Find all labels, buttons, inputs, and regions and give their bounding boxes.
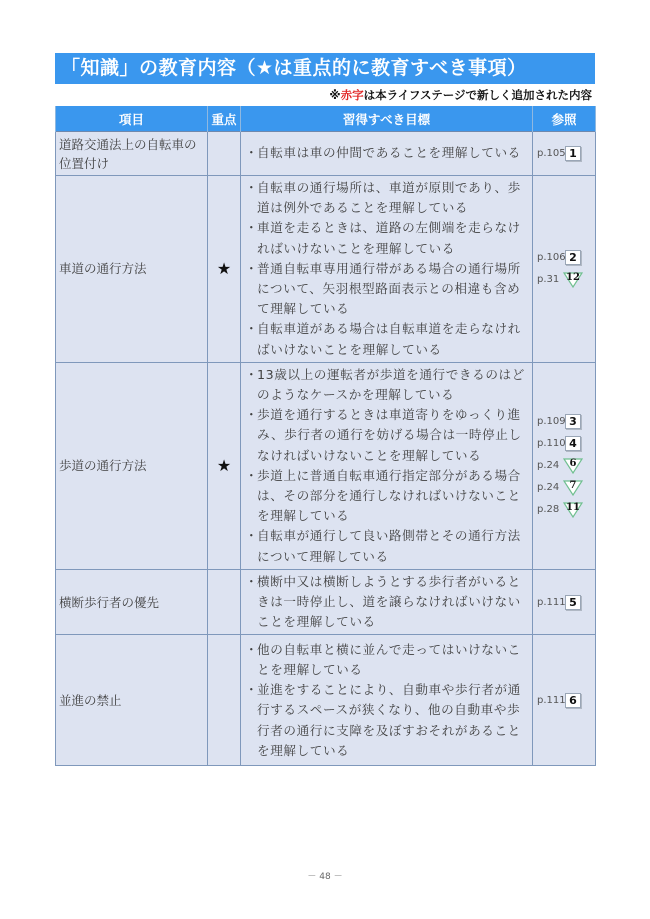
priority-star-icon: ★	[208, 362, 241, 569]
goal-item: ・車道を走るときは、道路の左側端を走らなければいけないことを理解している	[245, 218, 527, 258]
goal-item: ・自転車道がある場合は自転車道を走らなければいけないことを理解している	[245, 319, 527, 359]
goal-item: ・普通自転車専用通行帯がある場合の通行場所について、矢羽根型路面表示との相違も含…	[245, 259, 527, 320]
goal-cell: ・自転車の通行場所は、車道が原則であり、歩道は例外であることを理解している・車道…	[241, 176, 533, 363]
note-prefix: ※	[329, 88, 340, 102]
goal-text: 自転車は車の仲間であることを理解している	[257, 143, 527, 163]
goal-text: 歩道上に普通自転車通行指定部分がある場合は、その部分を通行しなければいけないこと…	[257, 466, 527, 527]
goal-item: ・自転車が通行して良い路側帯とその通行方法について理解している	[245, 526, 527, 566]
reference-link: p.246	[537, 455, 595, 477]
reference-link: p.247	[537, 477, 595, 499]
goal-item: ・横断中又は横断しようとする歩行者がいるときは一時停止し、道を譲らなければいけな…	[245, 572, 527, 633]
table-row: 道路交通法上の自転車の位置付け・自転車は車の仲間であることを理解しているp.10…	[56, 132, 596, 176]
header-priority: 重点	[208, 106, 241, 132]
reference-link: p.1093	[537, 411, 595, 433]
reference-page: p.111	[537, 695, 565, 706]
reference-page: p.111	[537, 597, 565, 608]
bullet-icon: ・	[245, 526, 257, 566]
reference-page: p.106	[537, 252, 565, 263]
header-item: 項目	[56, 106, 208, 132]
reference-page: p.24	[537, 482, 565, 493]
goal-text: 自転車道がある場合は自転車道を走らなければいけないことを理解している	[257, 319, 527, 359]
bullet-icon: ・	[245, 640, 257, 680]
reference-cell: p.1093p.1104p.246p.247p.2811	[533, 362, 596, 569]
table-header-row: 項目 重点 習得すべき目標 参照	[56, 106, 596, 132]
table-row: 横断歩行者の優先・横断中又は横断しようとする歩行者がいるときは一時停止し、道を譲…	[56, 569, 596, 635]
goal-item: ・歩道を通行するときは車道寄りをゆっくり進み、歩行者の通行を妨げる場合は一時停止…	[245, 405, 527, 466]
table-row: 並進の禁止・他の自転車と横に並んで走ってはいけないことを理解している・並進をする…	[56, 635, 596, 766]
header-goal: 習得すべき目標	[241, 106, 533, 132]
goal-cell: ・他の自転車と横に並んで走ってはいけないことを理解している・並進をすることにより…	[241, 635, 533, 766]
header-reference: 参照	[533, 106, 596, 132]
reference-cell: p.1116	[533, 635, 596, 766]
goal-cell: ・横断中又は横断しようとする歩行者がいるときは一時停止し、道を譲らなければいけな…	[241, 569, 533, 635]
goal-item: ・並進をすることにより、自動車や歩行者が通行するスペースが狭くなり、他の自動車や…	[245, 680, 527, 761]
reference-link: p.1104	[537, 433, 595, 455]
bullet-icon: ・	[245, 466, 257, 527]
reference-page: p.28	[537, 504, 565, 515]
bullet-icon: ・	[245, 259, 257, 320]
numbered-triangle-sign-icon: 7	[563, 480, 583, 496]
numbered-square-icon: 5	[565, 595, 581, 610]
triangle-number: 11	[563, 502, 583, 513]
priority-star-icon: ★	[208, 176, 241, 363]
reference-page: p.24	[537, 460, 565, 471]
priority-star-icon	[208, 569, 241, 635]
reference-link: p.3112	[537, 269, 595, 291]
numbered-square-icon: 6	[565, 693, 581, 708]
page-number: － 48 －	[0, 869, 650, 882]
reference-page: p.110	[537, 438, 565, 449]
priority-star-icon	[208, 132, 241, 176]
goal-item: ・歩道上に普通自転車通行指定部分がある場合は、その部分を通行しなければいけないこ…	[245, 466, 527, 527]
section-title: 「知識」の教育内容（★は重点的に教育すべき事項）	[55, 53, 595, 84]
reference-cell: p.1062p.3112	[533, 176, 596, 363]
reference-page: p.109	[537, 416, 565, 427]
numbered-square-icon: 1	[565, 146, 581, 161]
item-cell: 並進の禁止	[56, 635, 208, 766]
education-content-table: 項目 重点 習得すべき目標 参照 道路交通法上の自転車の位置付け・自転車は車の仲…	[55, 106, 596, 766]
reference-link: p.1051	[537, 143, 595, 165]
bullet-icon: ・	[245, 572, 257, 633]
reference-cell: p.1115	[533, 569, 596, 635]
goal-text: 自転車の通行場所は、車道が原則であり、歩道は例外であることを理解している	[257, 178, 527, 218]
reference-cell: p.1051	[533, 132, 596, 176]
goal-text: 自転車が通行して良い路側帯とその通行方法について理解している	[257, 526, 527, 566]
goal-item: ・自転車の通行場所は、車道が原則であり、歩道は例外であることを理解している	[245, 178, 527, 218]
goal-text: 並進をすることにより、自動車や歩行者が通行するスペースが狭くなり、他の自動車や歩…	[257, 680, 527, 761]
triangle-number: 6	[563, 458, 583, 469]
goal-text: 車道を走るときは、道路の左側端を走らなければいけないことを理解している	[257, 218, 527, 258]
numbered-square-icon: 3	[565, 414, 581, 429]
goal-text: 歩道を通行するときは車道寄りをゆっくり進み、歩行者の通行を妨げる場合は一時停止し…	[257, 405, 527, 466]
priority-star-icon	[208, 635, 241, 766]
reference-page: p.105	[537, 148, 565, 159]
goal-text: 普通自転車専用通行帯がある場合の通行場所について、矢羽根型路面表示との相違も含め…	[257, 259, 527, 320]
numbered-triangle-sign-icon: 6	[563, 458, 583, 474]
item-cell: 車道の通行方法	[56, 176, 208, 363]
goal-text: 他の自転車と横に並んで走ってはいけないことを理解している	[257, 640, 527, 680]
numbered-square-icon: 4	[565, 436, 581, 451]
bullet-icon: ・	[245, 178, 257, 218]
note-red-text: 赤字	[341, 88, 364, 102]
goal-text: 13歳以上の運転者が歩道を通行できるのはどのようなケースかを理解している	[257, 365, 527, 405]
triangle-number: 12	[563, 272, 583, 283]
triangle-number: 7	[563, 480, 583, 491]
bullet-icon: ・	[245, 680, 257, 761]
goal-text: 横断中又は横断しようとする歩行者がいるときは一時停止し、道を譲らなければいけない…	[257, 572, 527, 633]
numbered-square-icon: 2	[565, 250, 581, 265]
reference-link: p.2811	[537, 499, 595, 521]
reference-link: p.1116	[537, 689, 595, 711]
bullet-icon: ・	[245, 365, 257, 405]
item-cell: 道路交通法上の自転車の位置付け	[56, 132, 208, 176]
item-cell: 歩道の通行方法	[56, 362, 208, 569]
bullet-icon: ・	[245, 319, 257, 359]
numbered-triangle-sign-icon: 11	[563, 502, 583, 518]
reference-link: p.1062	[537, 247, 595, 269]
table-row: 歩道の通行方法★・13歳以上の運転者が歩道を通行できるのはどのようなケースかを理…	[56, 362, 596, 569]
bullet-icon: ・	[245, 143, 257, 163]
table-row: 車道の通行方法★・自転車の通行場所は、車道が原則であり、歩道は例外であることを理…	[56, 176, 596, 363]
reference-page: p.31	[537, 274, 565, 285]
reference-link: p.1115	[537, 591, 595, 613]
goal-cell: ・13歳以上の運転者が歩道を通行できるのはどのようなケースかを理解している・歩道…	[241, 362, 533, 569]
item-cell: 横断歩行者の優先	[56, 569, 208, 635]
goal-item: ・自転車は車の仲間であることを理解している	[245, 143, 527, 163]
bullet-icon: ・	[245, 218, 257, 258]
goal-cell: ・自転車は車の仲間であることを理解している	[241, 132, 533, 176]
numbered-triangle-sign-icon: 12	[563, 272, 583, 288]
goal-item: ・13歳以上の運転者が歩道を通行できるのはどのようなケースかを理解している	[245, 365, 527, 405]
legend-note: ※赤字は本ライフステージで新しく追加された内容	[329, 87, 592, 103]
goal-item: ・他の自転車と横に並んで走ってはいけないことを理解している	[245, 640, 527, 680]
bullet-icon: ・	[245, 405, 257, 466]
note-rest: は本ライフステージで新しく追加された内容	[364, 88, 592, 102]
